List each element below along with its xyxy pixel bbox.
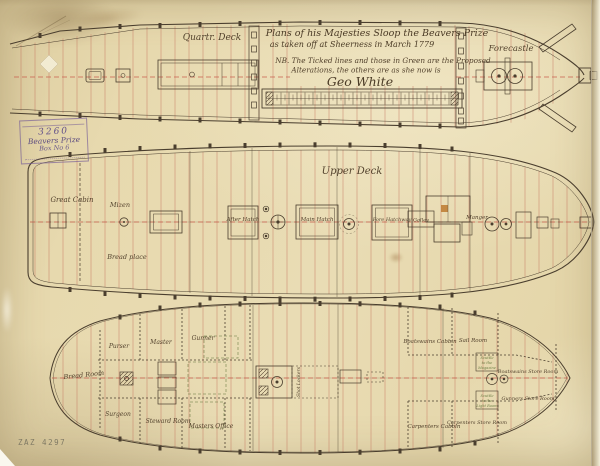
forecastle-label: Forecastle [488, 44, 534, 54]
steward-room-label: Steward Room [146, 418, 191, 425]
master-label: Master [149, 339, 173, 346]
shot-lockers-label: Shot Lockers [296, 366, 302, 397]
scuttle-note-line: Light Room [475, 404, 498, 408]
scuttle-note-line: to the [482, 399, 493, 403]
scuttle-note-line: Scuttle [481, 356, 494, 360]
mizen-label: Mizen [109, 201, 130, 209]
quarter-deck-label: Quartr. Deck [183, 33, 242, 43]
boatswains-cabin-label: Boatswains Cabbin [402, 339, 457, 345]
purser-label: Purser [108, 343, 130, 350]
galley-label: Galley [413, 218, 429, 224]
main-hatch-label: Main Hatch [300, 217, 334, 223]
bread-place-label: Bread place [106, 253, 147, 261]
plans-drawing: Quartr. Deck Forecastle Plans of his Maj… [0, 0, 600, 466]
gunner-label: Gunner [192, 335, 216, 342]
boatswains-store-label: Boatswains Store Room [497, 369, 559, 375]
scuttle-note-line: Scuttle [481, 394, 494, 398]
paper-corner [0, 449, 15, 466]
capstan [271, 215, 285, 229]
note-line1: NB. The Ticked lines and those in Green … [274, 56, 491, 65]
scuttle-note-line: to the [482, 361, 493, 365]
gunners-store-label: Gunners Store Room [501, 396, 554, 402]
title-line2: as taken off at Sheerness in March 1779 [270, 40, 434, 49]
catalog-number: ZAZ 4297 [18, 438, 66, 447]
masters-office-label: Masters Office [188, 423, 234, 430]
signature: Geo White [327, 74, 393, 89]
mizen-mast-center [123, 221, 125, 223]
archive-stamp: 3260 Beavers Prize Box No 6 [19, 118, 89, 165]
fore-hatchway-label: Fore Hatchway [372, 217, 412, 223]
sail-room-label: Sail Room [459, 338, 487, 344]
surgeon-label: Surgeon [105, 411, 131, 418]
paper-right-edge [591, 0, 600, 466]
pencil-scratch [28, 20, 70, 40]
ship-plan-sheet: Quartr. Deck Forecastle Plans of his Maj… [0, 0, 600, 466]
after-hatch-label: After Hatch [226, 217, 260, 223]
carpenters-store-label: Carpenters Store Room [447, 420, 507, 426]
lower-deck-plan: Bread Room Purser Master Gunner Surgeon … [50, 301, 572, 455]
upper-deck-plan: Upper Deck Great Cabin Mizen Bread place… [28, 142, 594, 301]
scuttle-note-line: Magazine [477, 366, 496, 370]
great-cabin-label: Great Cabin [50, 196, 94, 204]
scale-bar [262, 89, 462, 108]
manger-label: Manger [465, 215, 488, 221]
title-line1: Plans of his Majesties Sloop the Beavers… [265, 28, 489, 39]
upper-deck-label: Upper Deck [322, 166, 383, 177]
